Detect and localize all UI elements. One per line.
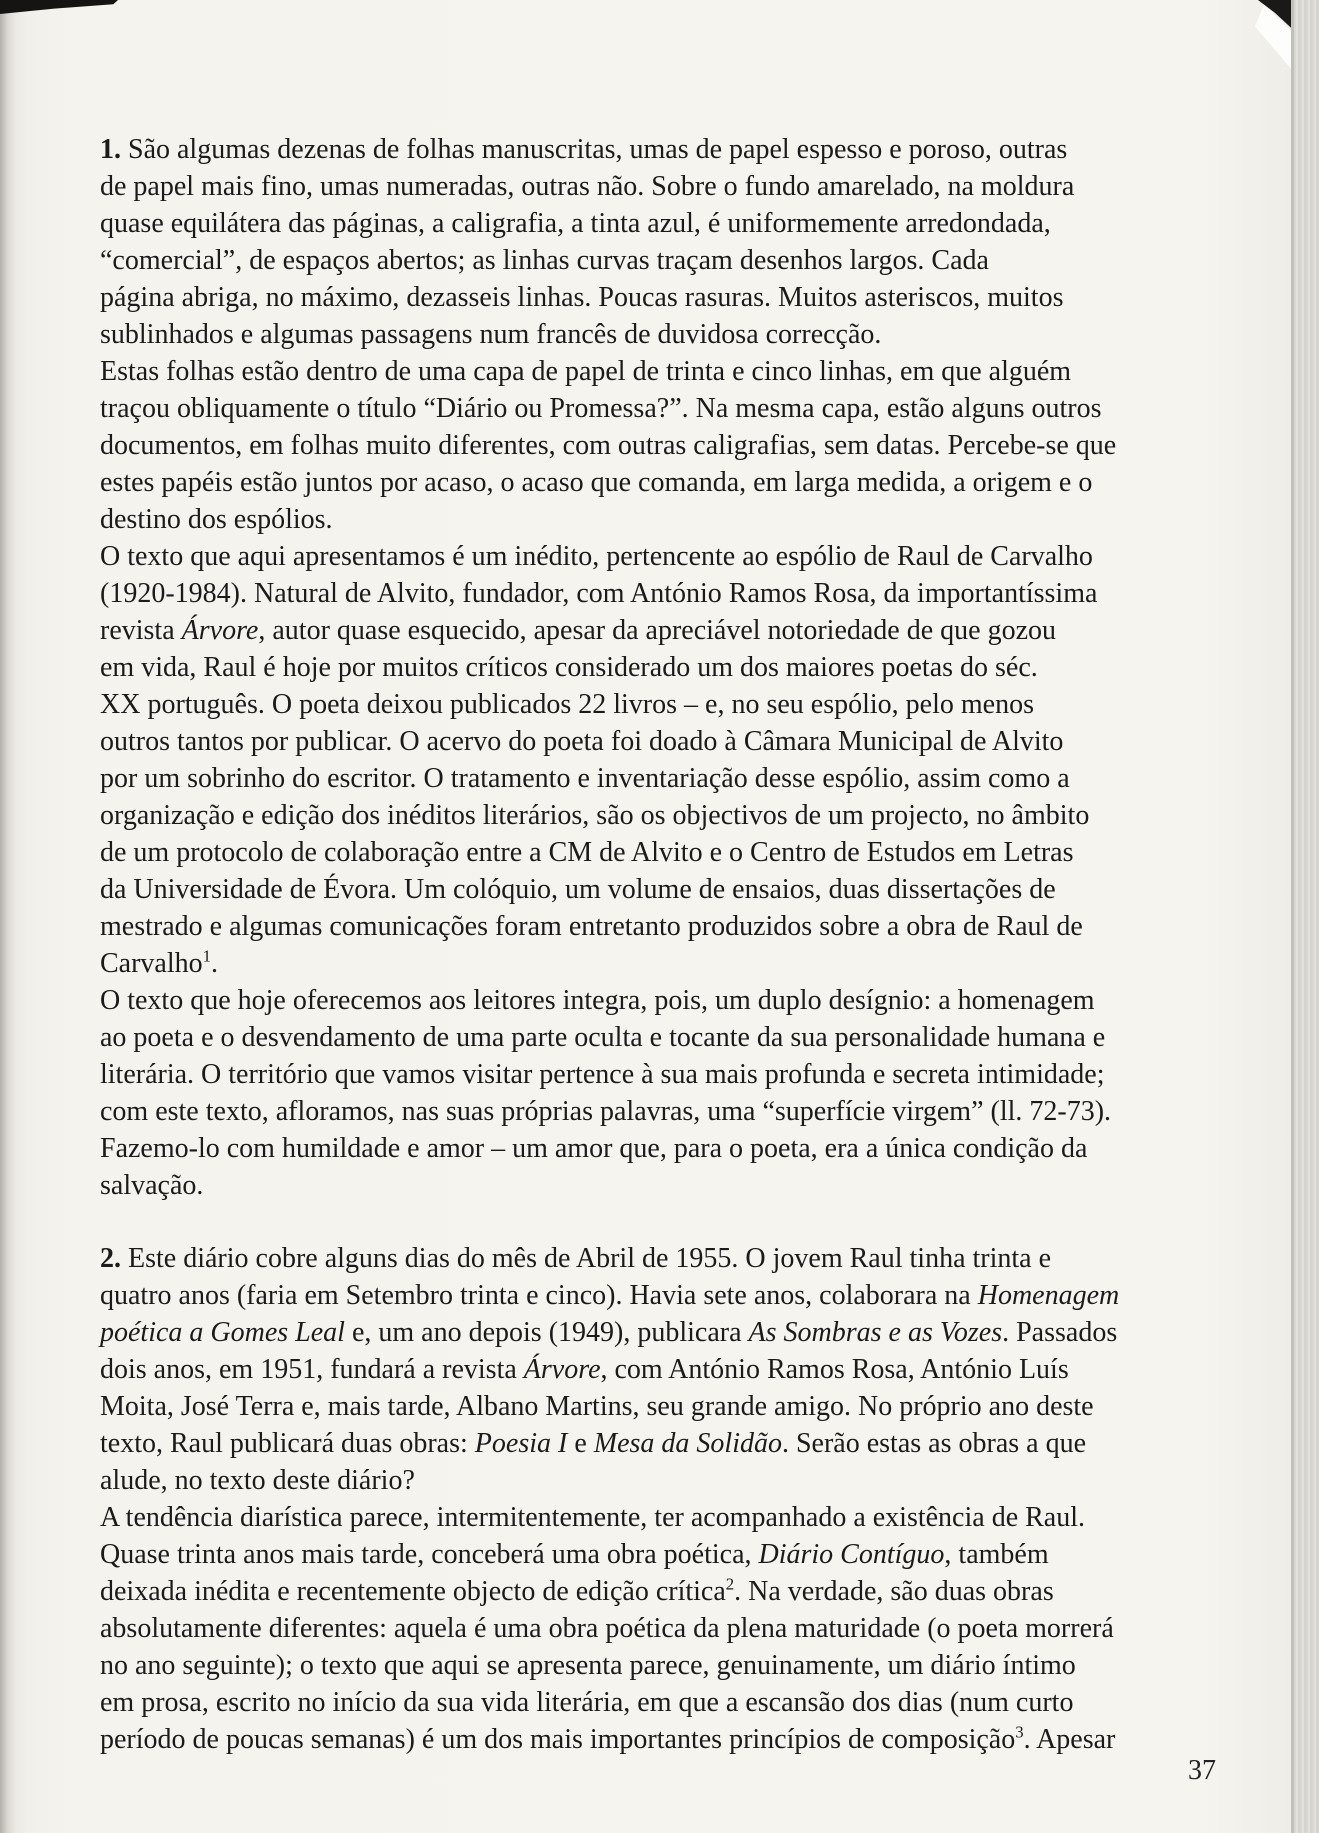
text-segment: absolutamente diferentes: aquela é uma o… [100,1613,1114,1644]
text-line: deixada inédita e recentemente objecto d… [100,1573,1100,1610]
text-line: Quase trinta anos mais tarde, conceberá … [100,1536,1100,1573]
text-segment: Moita, José Terra e, mais tarde, Albano … [100,1391,1094,1422]
scan-right-edge-band [1291,0,1319,1833]
text-segment: Poesia I [475,1428,568,1459]
text-line: quase equilátera das páginas, a caligraf… [100,205,1100,242]
text-line: O texto que aqui apresentamos é um inédi… [100,538,1100,575]
text-line: alude, no texto deste diário? [100,1462,1100,1499]
text-segment: . Serão estas as obras a que [782,1428,1086,1459]
text-line: estes papéis estão juntos por acaso, o a… [100,464,1100,501]
text-line: destino dos espólios. [100,501,1100,538]
text-line: outros tantos por publicar. O acervo do … [100,723,1100,760]
text-line: O texto que hoje oferecemos aos leitores… [100,982,1100,1019]
text-segment: em vida, Raul é hoje por muitos críticos… [100,652,1038,683]
text-line: A tendência diarística parece, intermite… [100,1499,1100,1536]
text-line: 1. São algumas dezenas de folhas manuscr… [100,131,1100,168]
text-line: no ano seguinte); o texto que aqui se ap… [100,1647,1100,1684]
text-line: por um sobrinho do escritor. O tratament… [100,760,1100,797]
text-segment: quase equilátera das páginas, a caligraf… [100,208,1051,239]
text-line: de papel mais fino, umas numeradas, outr… [100,168,1100,205]
text-segment: . Passados [1002,1317,1117,1348]
text-line: salvação. [100,1167,1100,1204]
text-segment: estes papéis estão juntos por acaso, o a… [100,467,1092,498]
text-segment: da Universidade de Évora. Um colóquio, u… [100,874,1056,905]
page-number: 37 [1188,1752,1216,1789]
text-segment: Este diário cobre alguns dias do mês de … [128,1243,1051,1274]
text-line: sublinhados e algumas passagens num fran… [100,316,1100,353]
text-segment: traçou obliquamente o título “Diário ou … [100,393,1102,424]
text-segment: poética a Gomes Leal [100,1317,345,1348]
text-segment: 2. [100,1243,128,1274]
text-segment: São algumas dezenas de folhas manuscrita… [128,134,1067,165]
text-segment: e [567,1428,593,1459]
text-segment: organização e edição dos inéditos literá… [100,800,1089,831]
text-segment: Quase trinta anos mais tarde, conceberá … [100,1539,759,1570]
text-segment: ao poeta e o desvendamento de uma parte … [100,1022,1105,1053]
text-segment: A tendência diarística parece, intermite… [100,1502,1085,1533]
text-segment: O texto que aqui apresentamos é um inédi… [100,541,1093,572]
text-line: quatro anos (faria em Setembro trinta e … [100,1277,1100,1314]
text-segment: Diário Contíguo [759,1539,945,1570]
text-segment: Fazemo-lo com humildade e amor – um amor… [100,1133,1087,1164]
text-line: Estas folhas estão dentro de uma capa de… [100,353,1100,390]
text-line: 2. Este diário cobre alguns dias do mês … [100,1240,1100,1277]
text-segment: período de poucas semanas) é um dos mais… [100,1724,1015,1755]
text-segment: . Apesar [1024,1724,1116,1755]
footnote-marker: 3 [1015,1723,1023,1742]
text-segment: texto, Raul publicará duas obras: [100,1428,475,1459]
text-line: ao poeta e o desvendamento de uma parte … [100,1019,1100,1056]
text-segment: . [211,948,218,979]
text-segment: outros tantos por publicar. O acervo do … [100,726,1063,757]
text-line: Fazemo-lo com humildade e amor – um amor… [100,1130,1100,1167]
text-line: texto, Raul publicará duas obras: Poesia… [100,1425,1100,1462]
paragraph-1: 1. São algumas dezenas de folhas manuscr… [100,131,1100,1204]
text-line: traçou obliquamente o título “Diário ou … [100,390,1100,427]
text-segment: , também [944,1539,1048,1570]
text-segment: Mesa da Solidão [594,1428,782,1459]
text-line: com este texto, afloramos, nas suas próp… [100,1093,1100,1130]
text-segment: sublinhados e algumas passagens num fran… [100,319,881,350]
text-segment: alude, no texto deste diário? [100,1465,415,1496]
text-line: poética a Gomes Leal e, um ano depois (1… [100,1314,1100,1351]
text-line: em vida, Raul é hoje por muitos críticos… [100,649,1100,686]
text-segment: documentos, em folhas muito diferentes, … [100,430,1116,461]
text-segment: , com António Ramos Rosa, António Luís [601,1354,1069,1385]
text-line: literária. O território que vamos visita… [100,1056,1100,1093]
text-line: de um protocolo de colaboração entre a C… [100,834,1100,871]
text-segment: destino dos espólios. [100,504,333,535]
text-segment: de um protocolo de colaboração entre a C… [100,837,1074,868]
text-segment: revista [100,615,182,646]
text-segment: . Na verdade, são duas obras [734,1576,1054,1607]
text-segment: (1920-1984). Natural de Alvito, fundador… [100,578,1097,609]
text-segment: com este texto, afloramos, nas suas próp… [100,1096,1111,1127]
scanned-page: 1. São algumas dezenas de folhas manuscr… [0,0,1319,1833]
text-segment: página abriga, no máximo, dezasseis linh… [100,282,1063,313]
text-block: 1. São algumas dezenas de folhas manuscr… [100,131,1100,1758]
text-segment: quatro anos (faria em Setembro trinta e … [100,1280,978,1311]
text-segment: literária. O território que vamos visita… [100,1059,1105,1090]
text-segment: por um sobrinho do escritor. O tratament… [100,763,1070,794]
text-segment: e, um ano depois (1949), publicara [345,1317,749,1348]
text-line: Carvalho1. [100,945,1100,982]
text-line: documentos, em folhas muito diferentes, … [100,427,1100,464]
text-segment: no ano seguinte); o texto que aqui se ap… [100,1650,1076,1681]
text-line: XX português. O poeta deixou publicados … [100,686,1100,723]
text-segment: , autor quase esquecido, apesar da aprec… [258,615,1056,646]
text-line: (1920-1984). Natural de Alvito, fundador… [100,575,1100,612]
text-segment: XX português. O poeta deixou publicados … [100,689,1034,720]
text-segment: Estas folhas estão dentro de uma capa de… [100,356,1071,387]
text-line: revista Árvore, autor quase esquecido, a… [100,612,1100,649]
text-line: mestrado e algumas comunicações foram en… [100,908,1100,945]
text-segment: dois anos, em 1951, fundará a revista [100,1354,524,1385]
footnote-marker: 2 [726,1575,734,1594]
text-line: absolutamente diferentes: aquela é uma o… [100,1610,1100,1647]
text-line: em prosa, escrito no início da sua vida … [100,1684,1100,1721]
text-line: “comercial”, de espaços abertos; as linh… [100,242,1100,279]
text-segment: Homenagem [978,1280,1120,1311]
text-segment: mestrado e algumas comunicações foram en… [100,911,1083,942]
text-segment: 1. [100,134,128,165]
text-line: Moita, José Terra e, mais tarde, Albano … [100,1388,1100,1425]
text-segment: Árvore [182,615,259,646]
text-line: período de poucas semanas) é um dos mais… [100,1721,1100,1758]
text-line: organização e edição dos inéditos literá… [100,797,1100,834]
text-segment: deixada inédita e recentemente objecto d… [100,1576,726,1607]
text-line: da Universidade de Évora. Um colóquio, u… [100,871,1100,908]
scan-top-left-corner-mark [0,0,118,14]
text-segment: O texto que hoje oferecemos aos leitores… [100,985,1095,1016]
paragraph-2: 2. Este diário cobre alguns dias do mês … [100,1240,1100,1758]
footnote-marker: 1 [203,947,211,966]
text-segment: Árvore [524,1354,601,1385]
text-segment: “comercial”, de espaços abertos; as linh… [100,245,989,276]
text-line: página abriga, no máximo, dezasseis linh… [100,279,1100,316]
text-segment: Carvalho [100,948,203,979]
text-segment: em prosa, escrito no início da sua vida … [100,1687,1073,1718]
text-segment: As Sombras e as Vozes [749,1317,1003,1348]
text-segment: salvação. [100,1170,203,1201]
text-segment: de papel mais fino, umas numeradas, outr… [100,171,1074,202]
text-line: dois anos, em 1951, fundará a revista Ár… [100,1351,1100,1388]
scan-left-edge-shadow [0,0,28,1833]
